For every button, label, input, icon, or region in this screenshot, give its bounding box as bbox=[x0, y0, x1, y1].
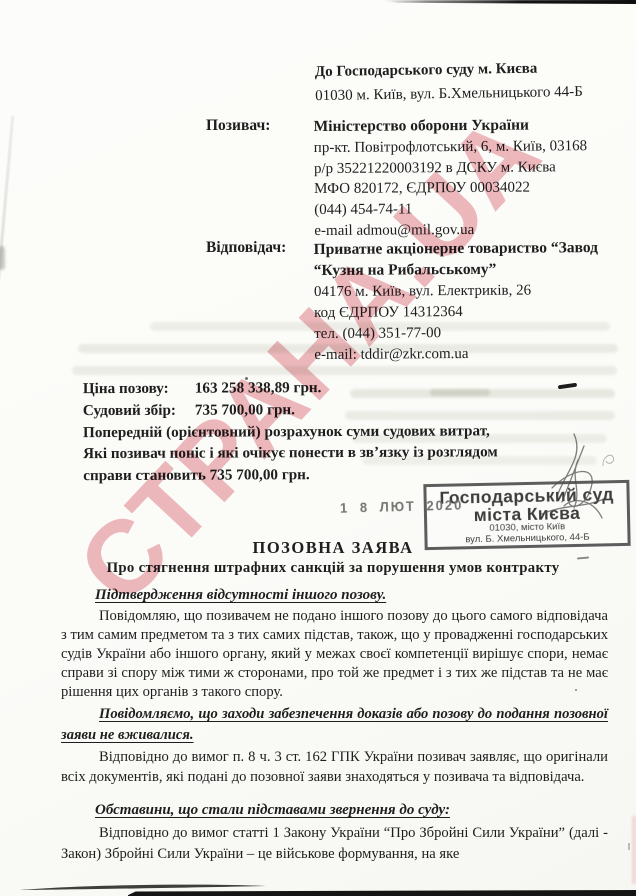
claim-fee-label: Судовий збір: bbox=[83, 399, 195, 421]
scanned-document-page: До Господарського суду м. Києва 01030 м.… bbox=[0, 0, 636, 896]
court-address-line: 01030 м. Київ, вул. Б.Хмельницького 44-Б bbox=[315, 80, 583, 108]
claim-fee-value: 735 700,00 грн. bbox=[195, 401, 295, 418]
defendant-phone-line: тел. (044) 351-77-00 bbox=[314, 322, 614, 345]
defendant-name-line2: “Кузня на Рибальському” bbox=[314, 258, 614, 281]
paragraph-originals: Відповідно до вимог п. 8 ч. 3 ст. 162 ГП… bbox=[61, 748, 608, 787]
section-heading-circumstances: Обставини, що стали підставами звернення… bbox=[95, 800, 608, 820]
paragraph-no-other-claim: Повідомляю, що позивачем не подано іншог… bbox=[61, 607, 608, 702]
claim-price-value: 163 258 338,89 грн. bbox=[195, 379, 322, 397]
defendant-email-line: e-mail: tddir@zkr.com.ua bbox=[314, 343, 614, 366]
defendant-label: Відповідач: bbox=[206, 239, 286, 257]
ghost-line bbox=[72, 366, 617, 375]
court-header: До Господарського суду м. Києва 01030 м.… bbox=[315, 56, 583, 108]
paragraph-no-measures: Повідомляємо, що заходи забезпечення док… bbox=[61, 704, 608, 746]
defendant-code-line: код ЄДРПОУ 14312364 bbox=[314, 301, 614, 324]
left-scan-blot bbox=[0, 246, 5, 270]
page-subtitle: Про стягнення штрафних санкцій за поруше… bbox=[60, 560, 606, 577]
page-title: ПОЗОВНА ЗАЯВА bbox=[252, 538, 413, 557]
ink-speck bbox=[575, 689, 577, 691]
document-body: Підтвердження відсутності іншого позову.… bbox=[61, 585, 608, 865]
plaintiff-address-line: пр-кт. Повітрофлотський, 6, м. Київ, 031… bbox=[314, 136, 614, 159]
ink-speck bbox=[245, 377, 248, 380]
bottom-fold-line bbox=[18, 882, 268, 892]
plaintiff-account-line: р/р 35221220003192 в ДСКУ м. Києва bbox=[314, 157, 614, 180]
plaintiff-codes-line: МФО 820172, ЄДРПОУ 00034022 bbox=[314, 177, 614, 200]
edge-pink-smudge bbox=[632, 816, 636, 884]
edge-mark bbox=[628, 843, 630, 850]
claim-price-label: Ціна позову: bbox=[83, 378, 195, 400]
defendant-name-line1: Приватне акціонерне товариство “Завод bbox=[314, 237, 614, 260]
paragraph-armed-forces: Відповідно до вимог статті 1 Закону Укра… bbox=[61, 823, 608, 865]
plaintiff-label: Позивач: bbox=[206, 117, 270, 135]
plaintiff-name: Міністерство оборони України bbox=[314, 115, 614, 138]
plaintiff-phone-line: (044) 454-74-11 bbox=[314, 198, 614, 221]
section-heading-no-other-claim: Підтвердження відсутності іншого позову. bbox=[95, 585, 608, 605]
plaintiff-details: Міністерство оборони України пр-кт. Пові… bbox=[314, 115, 615, 242]
defendant-details: Приватне акціонерне товариство “Завод “К… bbox=[314, 237, 615, 367]
claim-fee-row: Судовий збір:735 700,00 грн. bbox=[83, 398, 603, 422]
top-scan-band bbox=[382, 0, 636, 4]
claim-price-row: Ціна позову:163 258 338,89 грн. bbox=[83, 376, 603, 400]
date-stamp: 1 8 ЛЮТ 2020 bbox=[340, 497, 464, 516]
defendant-address-line: 04176 м. Київ, вул. Електриків, 26 bbox=[314, 280, 614, 303]
signature-scribble bbox=[512, 420, 634, 548]
